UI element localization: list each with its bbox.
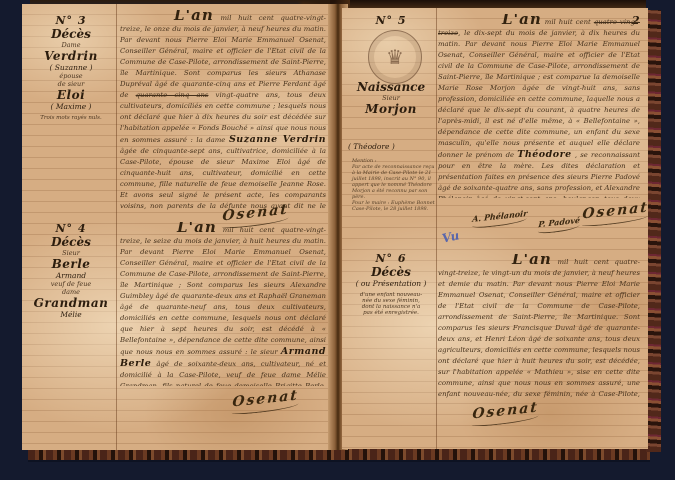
act5-sieur: Sieur <box>348 94 434 102</box>
act4-mayor-signature: Osenat <box>231 387 299 415</box>
act3-de-sieur: de sieur <box>28 80 114 88</box>
book-right-marbled-edge <box>646 10 661 452</box>
act6-lan: L'an <box>512 254 552 268</box>
act5-text: L'an mil huit cent quatre vingt-treize, … <box>438 14 640 198</box>
act6-mayor-signature: Osenat <box>471 399 539 427</box>
act3-strikeout-note: Trois mots rayés nuls. <box>28 115 114 121</box>
act5-mayor-signature: Osenat <box>581 199 648 227</box>
right-page: 2 N° 5 ♛ Naissance Sieur Morjon ( Théodo… <box>342 8 648 449</box>
act5-witness1-signature-row: A. Phélanoir <box>472 204 527 226</box>
act4-number: N° 4 <box>28 222 114 235</box>
act4-wife-surname: Grandman <box>28 296 114 310</box>
act4-lan: L'an <box>177 222 217 236</box>
act3-struck-words: quarante cinq ans <box>136 91 209 99</box>
act3-deceased-name: Suzanne Verdrin <box>229 134 326 145</box>
act3-text-part1: mil huit cent quatre-vingt-treize, le on… <box>120 14 326 99</box>
act5-surname: Morjon <box>348 102 434 116</box>
act4-wife-firstname: Mélie <box>28 310 114 319</box>
register-book: N° 3 Décès Dame Verdrin ( Suzanne ) épou… <box>0 0 675 480</box>
act4-sieur: Sieur <box>28 249 114 257</box>
act3-epouse: épouse <box>28 72 114 80</box>
act5-number: N° 5 <box>348 14 434 27</box>
act5-lan: L'an <box>502 14 542 28</box>
act6-signature-row: Osenat <box>472 400 539 424</box>
act3-firstname: ( Suzanne ) <box>28 63 114 72</box>
act5-witness2-signature-row: P. Padové <box>538 210 580 232</box>
act5-type-label: Naissance <box>348 80 434 94</box>
act3-text: L'an mil huit cent quatre-vingt-treize, … <box>120 10 326 210</box>
act4-text-part1: mil huit cent quatre-vingt-treize, le se… <box>120 226 326 356</box>
act4-type-label: Décès <box>28 235 114 249</box>
act5-mayor-signature-row: Osenat <box>582 200 648 224</box>
act5-witness1-signature: A. Phélanoir <box>472 208 528 229</box>
left-page: N° 3 Décès Dame Verdrin ( Suzanne ) épou… <box>22 4 334 450</box>
photograph-background: N° 3 Décès Dame Verdrin ( Suzanne ) épou… <box>0 0 675 480</box>
act6-margin-entry: N° 6 Décès ( ou Présentation ) d'une enf… <box>348 252 434 316</box>
act3-surname: Verdrin <box>28 49 114 63</box>
act5-body: L'an mil huit cent quatre vingt-treize, … <box>438 14 640 198</box>
act5-firstname-block: ( Théodore ) <box>348 142 434 151</box>
act3-margin-dame: Dame <box>28 41 114 49</box>
act6-text: L'an mil huit cent quatre-vingt-treize, … <box>438 254 640 400</box>
act3-margin-entry: N° 3 Décès Dame Verdrin ( Suzanne ) épou… <box>28 14 114 121</box>
act3-husband-surname: Eloi <box>28 88 114 102</box>
act3-type-label: Décès <box>28 27 114 41</box>
act6-text-part1: mil huit cent quatre-vingt-treize, le vi… <box>438 258 640 400</box>
mention-line-8: Case-Pilote, le 28 juillet 1898. <box>352 206 440 212</box>
act3-text-part3: âgée de cinquante-sept ans, cultivatrice… <box>120 147 326 210</box>
act4-text: L'an mil huit cent quatre-vingt-treize, … <box>120 222 326 386</box>
act5-marginal-mention: Mention : Par acte de reconnaissance reç… <box>352 158 440 212</box>
act5-witness2-signature: P. Padové <box>538 215 581 235</box>
right-margin-column: N° 5 ♛ Naissance Sieur Morjon ( Théodore… <box>348 8 437 449</box>
act3-husband-firstname: ( Maxime ) <box>28 102 114 111</box>
act4-text-part2: âgé de soixante-deux ans, cultivateur, n… <box>120 360 326 386</box>
act4-veuf: veuf de feue <box>28 280 114 288</box>
act6-subtype: ( ou Présentation ) <box>348 279 434 288</box>
left-margin-column: N° 3 Décès Dame Verdrin ( Suzanne ) épou… <box>28 4 117 450</box>
act4-dame: dame <box>28 288 114 296</box>
official-stamp-icon: ♛ <box>368 30 422 84</box>
act5-child-name: Théodore <box>517 149 571 160</box>
act4-signature-row: Osenat <box>232 388 299 412</box>
act5-firstname: ( Théodore ) <box>348 142 434 151</box>
act5-text-part2: , le dix-sept du mois de janvier, à dix … <box>438 29 640 159</box>
mention-line-6: Morjon a été reconnu par son père. <box>352 188 440 200</box>
act4-body: L'an mil huit cent quatre-vingt-treize, … <box>120 222 326 386</box>
act5-margin-names: Naissance Sieur Morjon <box>348 80 434 116</box>
act3-body: L'an mil huit cent quatre-vingt-treize, … <box>120 10 326 210</box>
act4-firstname: Armand <box>28 271 114 280</box>
stamp-figure-glyph: ♛ <box>386 45 404 69</box>
act3-number: N° 3 <box>28 14 114 27</box>
act6-number: N° 6 <box>348 252 434 265</box>
act6-note-line-4: pas été enregistrée. <box>348 310 434 316</box>
act6-body: L'an mil huit cent quatre-vingt-treize, … <box>438 254 640 400</box>
act4-margin-entry: N° 4 Décès Sieur Berle Armand veuf de fe… <box>28 222 114 319</box>
blue-ink-mark: Vu <box>441 228 461 245</box>
act6-type-label: Décès <box>348 265 434 279</box>
act3-lan: L'an <box>174 10 214 24</box>
act4-surname: Berle <box>28 257 114 271</box>
act5-margin-entry: N° 5 <box>348 14 434 27</box>
act5-text-part1: mil huit cent <box>545 18 594 26</box>
